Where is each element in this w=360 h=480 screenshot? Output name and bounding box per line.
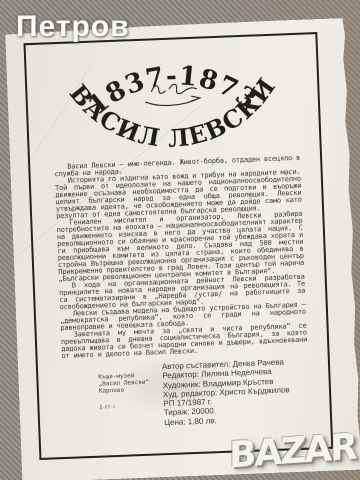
body-paragraph: Гениален мислител и организатор, Левски … [56, 211, 304, 283]
credits-museum: Къща-музей „Васил Левски“ Карлово Д-87-с [98, 371, 155, 411]
body-text: Васил Левски – име-легенда. Живот-борба,… [54, 155, 307, 360]
museum-line: Карлово [99, 386, 155, 395]
seller-watermark: Петров [16, 10, 130, 44]
postcard-cover: 1837-1873 ВАСИЛ ЛЕВСКИ Васил Левски – им… [5, 18, 360, 480]
print-code: Д-87-с [99, 402, 155, 411]
credits-block: Къща-музей „Васил Левски“ Карлово Д-87-с… [38, 356, 330, 432]
credits-imprint: Автор съставител: Денка Рачева Редактор:… [162, 357, 291, 427]
title-block: 1837-1873 ВАСИЛ ЛЕВСКИ [56, 40, 290, 162]
inner-frame-border: 1837-1873 ВАСИЛ ЛЕВСКИ Васил Левски – им… [23, 32, 333, 460]
